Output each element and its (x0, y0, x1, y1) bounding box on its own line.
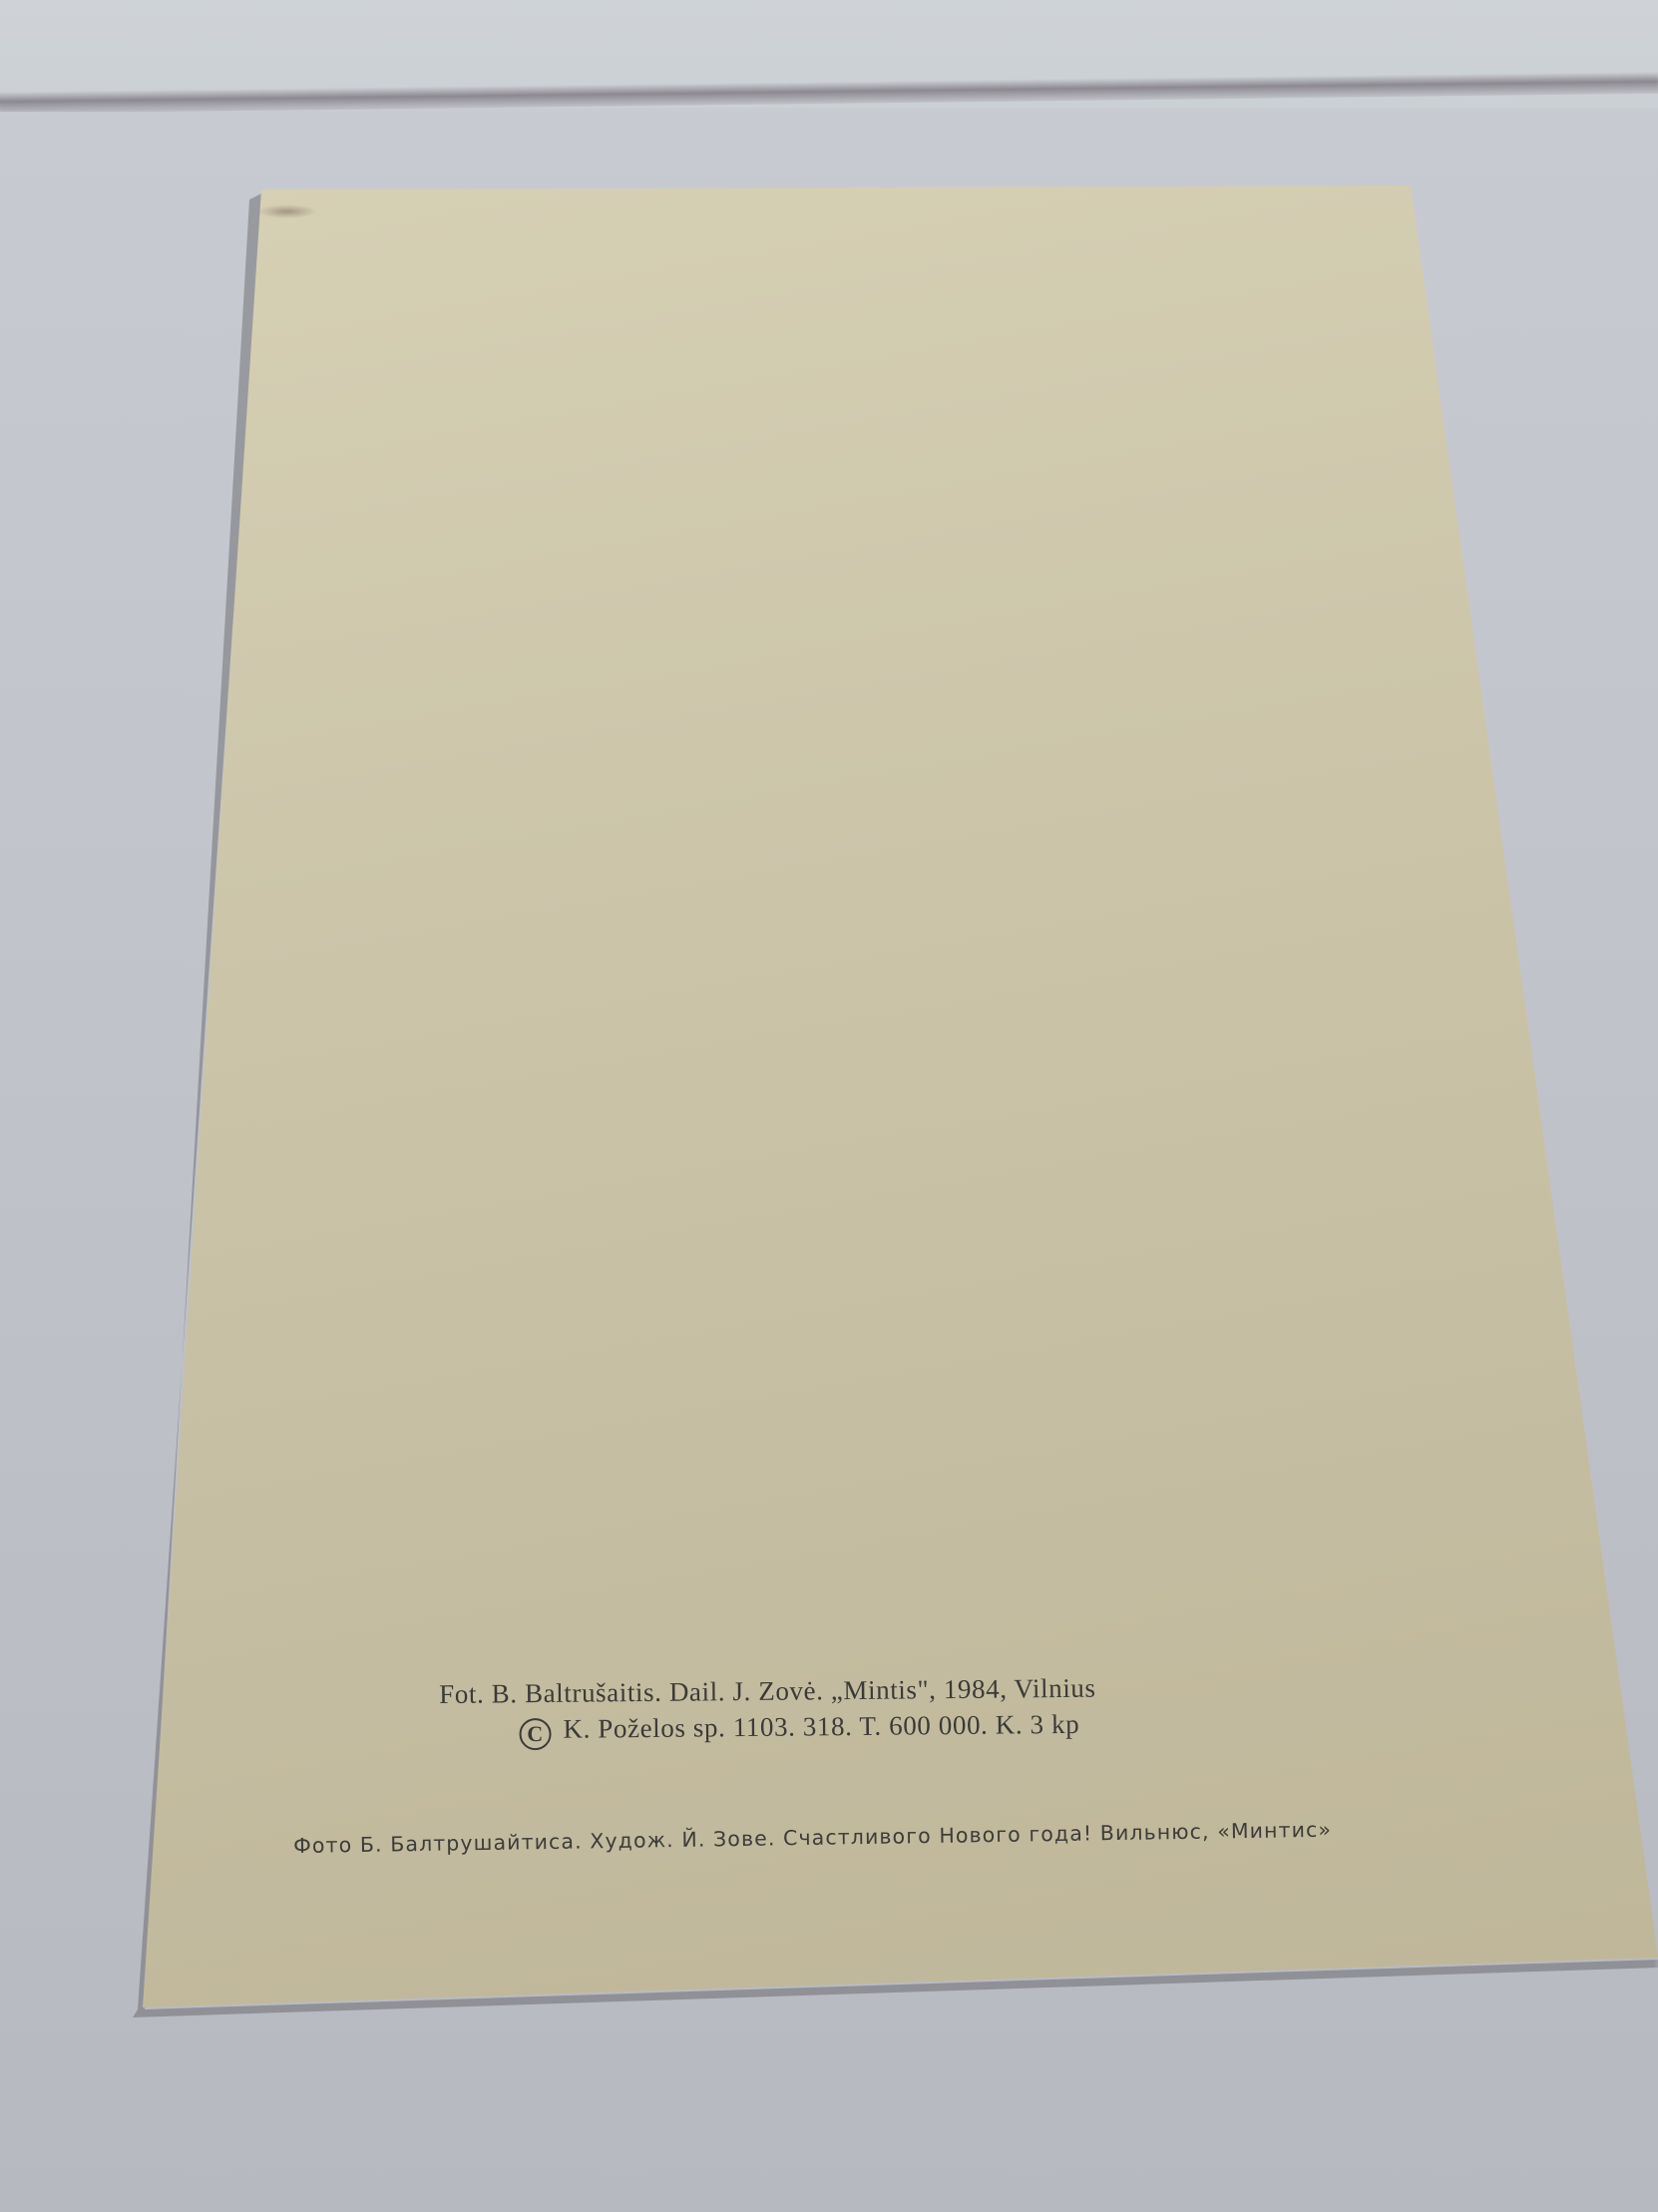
printing-info-text: K. Poželos sp. 1103. 318. T. 600 000. K.… (563, 1709, 1079, 1744)
postcard-corner-wear (257, 205, 317, 219)
copyright-icon: C (519, 1718, 551, 1750)
publisher-credits: Fot. B. Baltrušaitis. Dail. J. Zovė. „Mi… (439, 1667, 1358, 1751)
